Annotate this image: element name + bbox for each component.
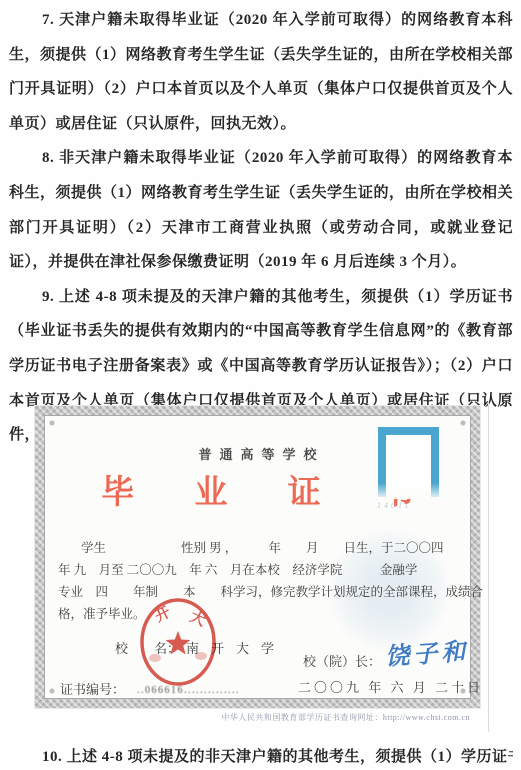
cert-body-line-3: 专业 四 年制 本 科学习，修完教学计划规定的全部课程，成绩合 [45, 581, 470, 603]
requirements-text: 7. 天津户籍未取得毕业证（2020 年入学前可取得）的网络教育本科生，须提供（… [9, 0, 513, 453]
certificate-number-label: 证书编号： [60, 682, 125, 697]
diploma-certificate-image: 普通高等学校 毕 业 证 书 14011 学生 性别 男 ， 年 月 日生，于二… [35, 406, 480, 708]
cert-body-line-2: 年 九 月至 二〇〇九 年 六 月在本校 经济学院 金融学 [45, 559, 470, 581]
paragraph-7: 7. 天津户籍未取得毕业证（2020 年入学前可取得）的网络教育本科生，须提供（… [9, 3, 513, 141]
president-signature: 饶子和 [384, 631, 470, 672]
certificate-paper: 普通高等学校 毕 业 证 书 14011 学生 性别 男 ， 年 月 日生，于二… [44, 415, 471, 699]
paragraph-10: 10. 上述 4-8 项未提及的非天津户籍的其他考生，须提供（1）学历证书（毕 [9, 740, 513, 770]
certificate-body: 学生 性别 男 ， 年 月 日生，于二〇〇四 年 九 月至 二〇〇九 年 六 月… [45, 537, 470, 625]
cert-body-line-1: 学生 性别 男 ， 年 月 日生，于二〇〇四 [45, 537, 470, 559]
certificate-footer-url: 中华人民共和国教育部学历证书查询网址：http://www.chsi.com.c… [221, 712, 470, 723]
president-label: 校（院）长： [303, 654, 381, 669]
scan-edge-line [488, 402, 489, 732]
document-page: 7. 天津户籍未取得毕业证（2020 年入学前可取得）的网络教育本科生，须提供（… [0, 0, 521, 770]
photo-frame [378, 427, 439, 497]
issue-date: 二〇〇九 年 六 月 二十日 [298, 677, 483, 696]
photo-scribble: 14011 [377, 501, 411, 510]
university-seal-icon: 开 大 [137, 596, 219, 688]
paragraph-8: 8. 非天津户籍未取得毕业证（2020 年入学前可取得）的网络教育本科生，须提供… [9, 141, 513, 279]
president-row: 校（院）长：饶子和 [303, 638, 469, 673]
cert-body-line-4: 格，准予毕业。 [45, 603, 470, 625]
requirements-text-continued: 10. 上述 4-8 项未提及的非天津户籍的其他考生，须提供（1）学历证书（毕 [9, 740, 513, 770]
seal-star-icon [166, 631, 191, 655]
